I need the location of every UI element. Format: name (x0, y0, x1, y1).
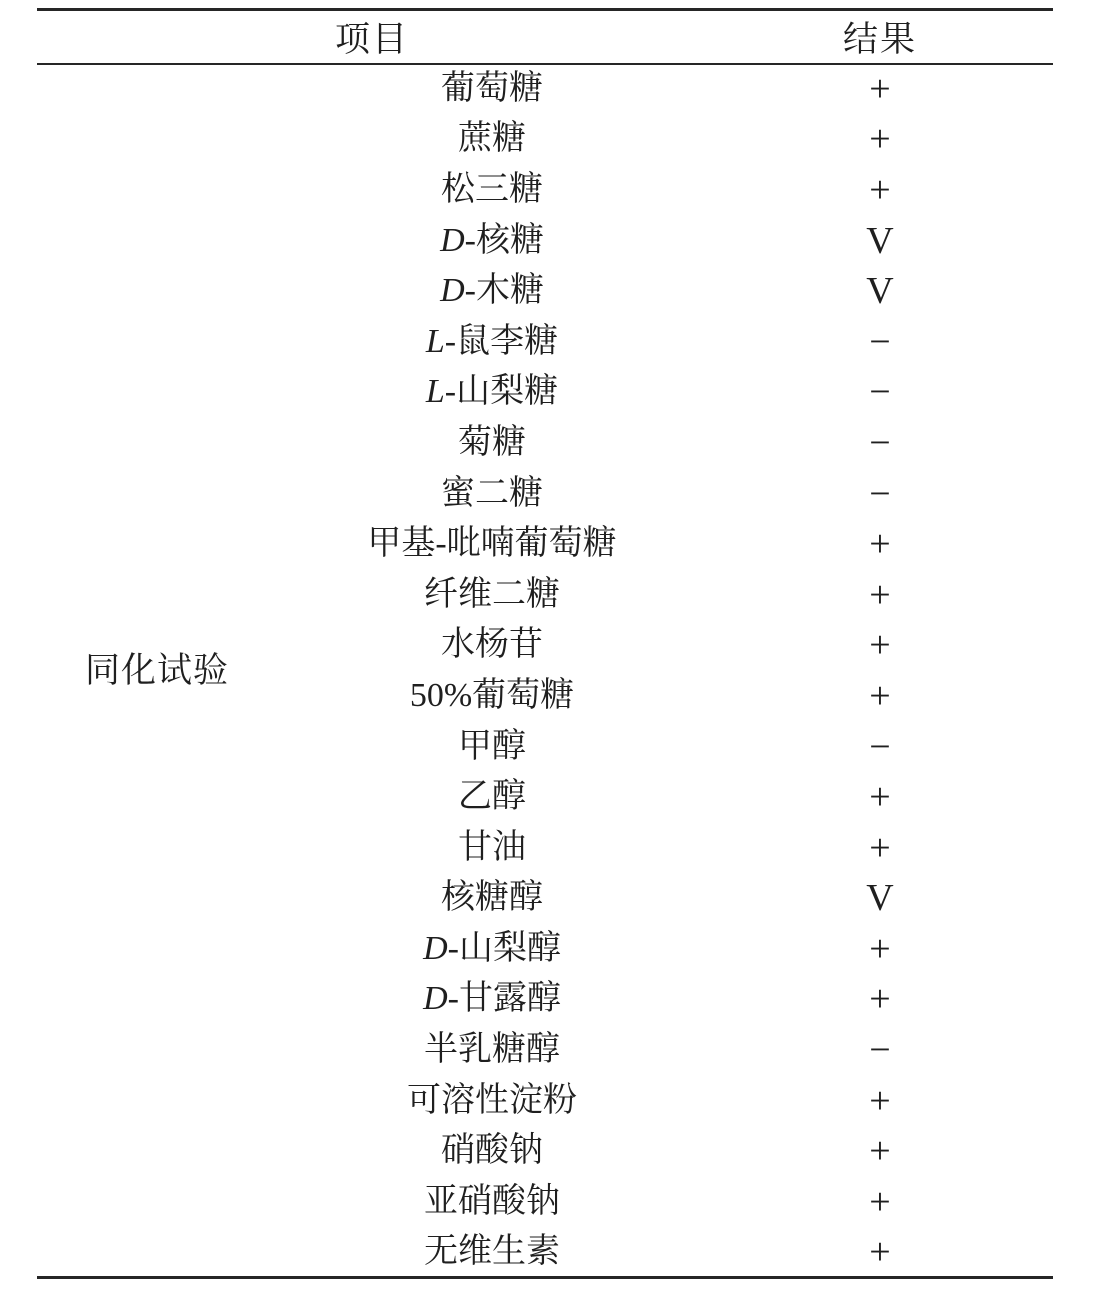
result-cell: V (707, 266, 1053, 317)
item-prefix: D- (440, 272, 476, 309)
item-cell: 硝酸钠 (277, 1126, 707, 1177)
item-cell: 亚硝酸钠 (277, 1177, 707, 1228)
result-cell: − (707, 1025, 1053, 1076)
item-label: 甲基-吡喃葡萄糖 (367, 525, 616, 562)
item-label: 松三糖 (441, 171, 543, 208)
item-cell: 松三糖 (277, 165, 707, 216)
item-cell: 核糖醇 (277, 873, 707, 924)
item-label: 甲醇 (458, 728, 526, 765)
item-prefix: D- (423, 980, 459, 1017)
item-label: 蔗糖 (458, 120, 526, 157)
item-label: 山梨醇 (459, 930, 561, 967)
result-cell: + (707, 114, 1053, 165)
result-cell: + (707, 569, 1053, 620)
item-prefix: D- (423, 930, 459, 967)
result-cell: − (707, 316, 1053, 367)
item-cell: D-木糖 (277, 266, 707, 317)
item-label: 蜜二糖 (441, 475, 543, 512)
item-cell: 纤维二糖 (277, 569, 707, 620)
item-cell: 甘油 (277, 822, 707, 873)
item-cell: 水杨苷 (277, 620, 707, 671)
item-label: 水杨苷 (441, 626, 543, 663)
item-cell: 半乳糖醇 (277, 1025, 707, 1076)
result-cell: + (707, 974, 1053, 1025)
item-label: 鼠李糖 (456, 323, 558, 360)
item-prefix: L- (426, 373, 456, 410)
item-cell: L-鼠李糖 (277, 316, 707, 367)
item-label: 菊糖 (458, 424, 526, 461)
item-label: 亚硝酸钠 (424, 1183, 560, 1220)
result-cell: + (707, 772, 1053, 823)
column-header-item: 项目 (37, 10, 707, 64)
item-cell: D-甘露醇 (277, 974, 707, 1025)
result-cell: V (707, 215, 1053, 266)
item-cell: D-核糖 (277, 215, 707, 266)
item-label: 可溶性淀粉 (407, 1082, 577, 1119)
result-cell: + (707, 165, 1053, 216)
item-label: 无维生素 (424, 1233, 560, 1270)
item-cell: 甲醇 (277, 721, 707, 772)
item-cell: D-山梨醇 (277, 924, 707, 975)
item-label: 纤维二糖 (424, 576, 560, 613)
result-cell: + (707, 1075, 1053, 1126)
item-label: 乙醇 (458, 778, 526, 815)
result-cell: + (707, 1227, 1053, 1278)
item-cell: L-山梨糖 (277, 367, 707, 418)
item-cell: 蔗糖 (277, 114, 707, 165)
result-cell: + (707, 64, 1053, 115)
result-cell: + (707, 822, 1053, 873)
result-cell: − (707, 721, 1053, 772)
table-header: 项目 结果 (37, 10, 1053, 64)
item-cell: 蜜二糖 (277, 468, 707, 519)
item-label: 50%葡萄糖 (410, 677, 574, 714)
result-cell: + (707, 671, 1053, 722)
table-row: 同化试验葡萄糖+ (37, 64, 1053, 115)
header-row: 项目 结果 (37, 10, 1053, 64)
item-label: 甘露醇 (459, 980, 561, 1017)
item-cell: 甲基-吡喃葡萄糖 (277, 519, 707, 570)
result-cell: − (707, 367, 1053, 418)
item-label: 木糖 (476, 272, 544, 309)
item-label: 甘油 (458, 829, 526, 866)
page: 项目 结果 同化试验葡萄糖+蔗糖+松三糖+D-核糖VD-木糖VL-鼠李糖−L-山… (0, 0, 1093, 1299)
item-cell: 菊糖 (277, 418, 707, 469)
category-cell: 同化试验 (37, 64, 277, 1278)
result-cell: + (707, 1126, 1053, 1177)
assimilation-table: 项目 结果 同化试验葡萄糖+蔗糖+松三糖+D-核糖VD-木糖VL-鼠李糖−L-山… (37, 8, 1053, 1279)
item-cell: 葡萄糖 (277, 64, 707, 115)
item-label: 山梨糖 (456, 373, 558, 410)
result-cell: + (707, 620, 1053, 671)
table-body: 同化试验葡萄糖+蔗糖+松三糖+D-核糖VD-木糖VL-鼠李糖−L-山梨糖−菊糖−… (37, 64, 1053, 1278)
item-label: 硝酸钠 (441, 1132, 543, 1169)
item-label: 半乳糖醇 (424, 1031, 560, 1068)
item-cell: 乙醇 (277, 772, 707, 823)
result-cell: V (707, 873, 1053, 924)
result-cell: − (707, 418, 1053, 469)
result-cell: − (707, 468, 1053, 519)
item-cell: 50%葡萄糖 (277, 671, 707, 722)
item-label: 核糖醇 (441, 879, 543, 916)
item-prefix: D- (440, 222, 476, 259)
column-header-result: 结果 (707, 10, 1053, 64)
item-cell: 可溶性淀粉 (277, 1075, 707, 1126)
result-cell: + (707, 924, 1053, 975)
result-cell: + (707, 1177, 1053, 1228)
item-prefix: L- (426, 323, 456, 360)
item-cell: 无维生素 (277, 1227, 707, 1278)
item-label: 核糖 (476, 222, 544, 259)
result-cell: + (707, 519, 1053, 570)
item-label: 葡萄糖 (441, 70, 543, 107)
